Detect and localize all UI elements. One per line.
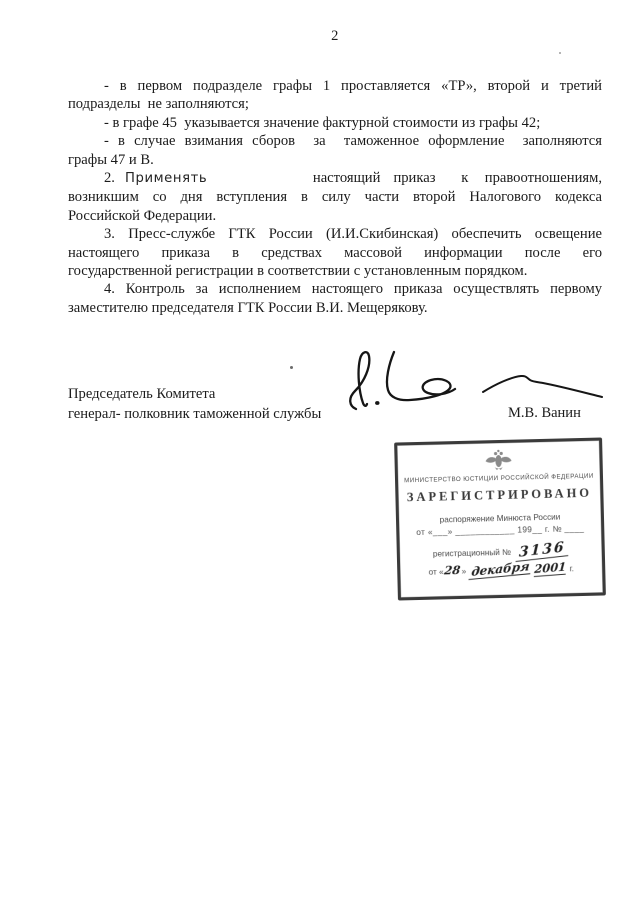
- body-line: - в первом подразделе графы 1 проставляе…: [68, 77, 602, 95]
- scan-speck: [396, 271, 398, 273]
- body-line: государственной регистрации в соответств…: [68, 262, 602, 280]
- scan-speck: [290, 366, 293, 369]
- body-line: настоящего приказа в средствах массовой …: [68, 244, 602, 262]
- signer-name: М.В. Ванин: [508, 405, 581, 422]
- body-line: Российской Федерации.: [68, 207, 602, 225]
- paragraph2-word: правоотношениям,: [485, 169, 602, 187]
- paragraph2-number: 2.: [104, 169, 115, 187]
- body-line: графы 47 и В.: [68, 151, 602, 169]
- stamp-registered-label: ЗАРЕГИСТРИРОВАНО: [398, 486, 600, 506]
- stamp-date-suffix: г.: [570, 564, 574, 573]
- registration-stamp: МИНИСТЕРСТВО ЮСТИЦИИ РОССИЙСКОЙ ФЕДЕРАЦИ…: [394, 437, 606, 600]
- stamp-blank-date-line: от «___» ____________ 199__ г. № ____: [399, 524, 601, 538]
- body-line-paragraph2: 2. Применять настоящий приказ к правоотн…: [68, 169, 602, 188]
- paragraph2-inserted-word: Применять: [125, 170, 207, 188]
- body-line: возникшим со дня вступления в силу части…: [68, 188, 602, 206]
- scanned-document-page: 2 - в первом подразделе графы 1 проставл…: [0, 0, 640, 900]
- body-line: 3. Пресс-службе ГТК России (И.И.Скибинск…: [68, 225, 602, 243]
- stamp-ministry-line: МИНИСТЕРСТВО ЮСТИЦИИ РОССИЙСКОЙ ФЕДЕРАЦИ…: [398, 473, 600, 485]
- body-line: подразделы не заполняются;: [68, 95, 602, 113]
- body-line: - в графе 45 указывается значение фактур…: [68, 114, 602, 132]
- signer-title-line2: генерал- полковник таможенной службы: [68, 406, 321, 423]
- stamp-date-month-handwritten: декабря: [468, 559, 532, 580]
- stamp-date-day-handwritten: 28: [444, 563, 462, 577]
- document-body: - в первом подразделе графы 1 проставляе…: [68, 77, 602, 317]
- paragraph2-word: настоящий: [313, 169, 381, 187]
- signer-title-line1: Председатель Комитета: [68, 386, 215, 403]
- body-line: - в случае взимания сборов за таможенное…: [68, 132, 602, 150]
- stamp-reg-number-handwritten: 3136: [516, 539, 569, 562]
- body-line: 4. Контроль за исполнением настоящего пр…: [68, 280, 602, 298]
- body-line: заместителю председателя ГТК России В.И.…: [68, 299, 602, 317]
- stamp-reg-label: регистрационный №: [433, 548, 511, 559]
- paragraph2-word: приказ: [393, 169, 435, 187]
- stamp-registration-date-row: от « 28 » декабря 2001 г.: [400, 560, 602, 580]
- stamp-date-close: »: [461, 567, 466, 576]
- page-number: 2: [68, 28, 602, 45]
- paragraph2-word: к: [461, 169, 468, 187]
- stamp-date-prefix: от «: [429, 567, 444, 576]
- stamp-registration-number-row: регистрационный № 3136: [400, 541, 602, 563]
- scan-speck: [559, 52, 561, 54]
- stamp-date-year-handwritten: 2001: [534, 559, 567, 577]
- coat-of-arms-eagle-icon: [483, 448, 514, 473]
